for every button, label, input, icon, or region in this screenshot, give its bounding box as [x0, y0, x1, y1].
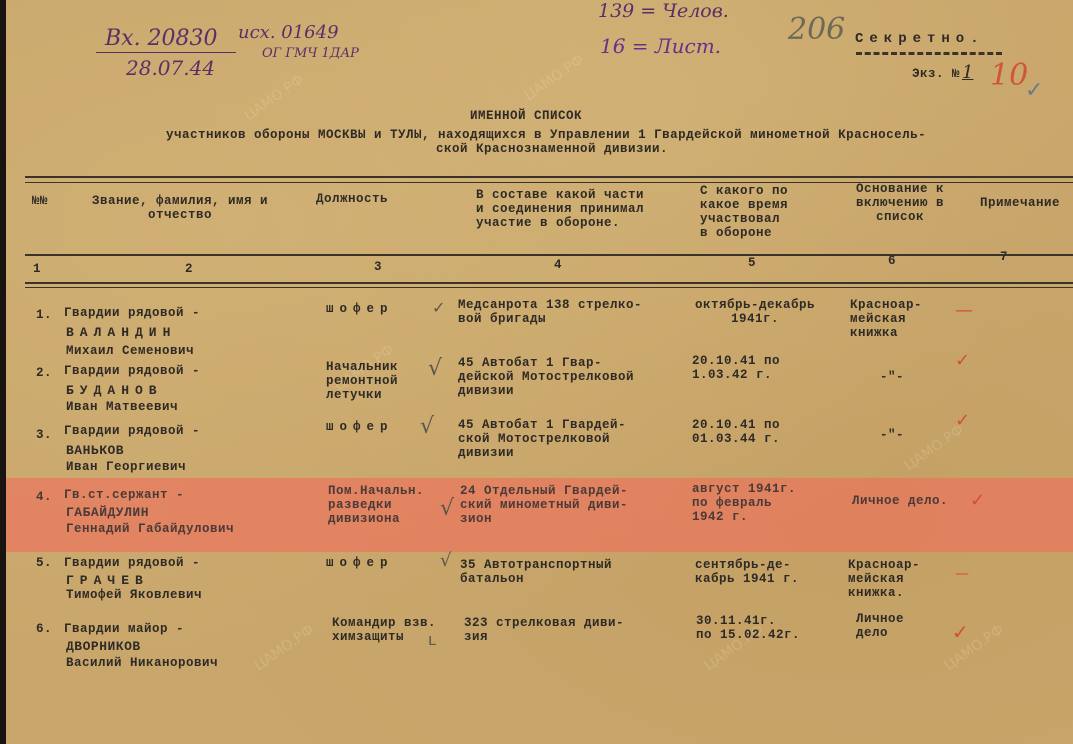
classification-underline	[856, 52, 1002, 55]
col-header-1: №№	[32, 194, 48, 208]
row-period: август 1941г. по февраль 1942 г.	[692, 482, 796, 524]
row-basis: Красноар- мейская книжка.	[848, 558, 920, 600]
row-surname: ГРАЧЕВ	[66, 574, 149, 588]
row-basis: Личное дело	[856, 612, 904, 640]
pencil-check-icon: √	[440, 550, 451, 571]
pencil-mark-icon: ʟ	[428, 630, 436, 649]
col-header-6: Основание к включению в список	[840, 182, 960, 224]
pencil-number: 206	[788, 12, 845, 47]
incoming-date: 28.07.44	[126, 56, 215, 80]
col-num-1: 1	[33, 262, 41, 276]
red-check-icon: ✓	[955, 410, 970, 431]
red-dash-icon: —	[955, 300, 973, 321]
copy-number: 1	[962, 62, 973, 83]
numbers-rule	[25, 282, 1073, 284]
red-dash-icon: —	[955, 566, 969, 582]
row-rank: Гв.ст.сержант -	[64, 488, 184, 502]
table-top-rule	[25, 176, 1073, 178]
outgoing-number: исх. 01649	[238, 22, 339, 43]
row-given-name: Василий Никанорович	[66, 656, 218, 670]
row-basis: Личное дело.	[852, 494, 948, 508]
row-unit: 45 Автобат 1 Гвардей- ской Мотострелково…	[458, 418, 626, 460]
row-surname: ДВОРНИКОВ	[66, 640, 141, 654]
col-header-4: В составе какой части и соединения прини…	[476, 188, 644, 230]
row-rank: Гвардии рядовой -	[64, 364, 200, 378]
row-unit: Медсанрота 138 стрелко- вой бригады	[458, 298, 642, 326]
col-header-3: Должность	[316, 192, 388, 206]
document-subtitle-line2: ской Краснознаменной дивизии.	[436, 142, 668, 156]
row-number: 4.	[36, 490, 52, 504]
row-period: 30.11.41г. по 15.02.42г.	[696, 614, 800, 642]
fraction-line	[96, 52, 236, 53]
sheets-count: 16 = Лист.	[600, 34, 721, 58]
row-rank: Гвардии майор -	[64, 622, 184, 636]
col-num-7: 7	[1000, 250, 1008, 264]
col-num-2: 2	[185, 262, 193, 276]
col-header-5: С какого по какое время участвовал в обо…	[700, 184, 788, 240]
row-basis: -"-	[880, 370, 904, 384]
row-position: Пом.Начальн. разведки дивизиона	[328, 484, 424, 526]
row-position: Начальник ремонтной летучки	[326, 360, 398, 402]
row-given-name: Геннадий Габайдулович	[66, 522, 234, 536]
people-count: 139 = Челов.	[598, 0, 729, 22]
copy-label: Экз. №	[912, 67, 960, 81]
row-period: 20.10.41 по 1.03.42 г.	[692, 354, 780, 382]
col-num-4: 4	[554, 258, 562, 272]
watermark: ЦАМО.РФ	[522, 52, 587, 104]
row-position: шофер	[326, 420, 394, 434]
row-basis: Красноар- мейская книжка	[850, 298, 922, 340]
row-number: 2.	[36, 366, 52, 380]
red-check-icon: ✓	[970, 490, 985, 511]
col-num-5: 5	[748, 256, 756, 270]
col-num-6: 6	[888, 254, 896, 268]
row-number: 5.	[36, 556, 52, 570]
row-given-name: Тимофей Яковлевич	[66, 588, 202, 602]
row-period: 20.10.41 по 01.03.44 г.	[692, 418, 780, 446]
document-subtitle-line1: участников обороны МОСКВЫ и ТУЛЫ, находя…	[166, 128, 926, 142]
row-given-name: Михаил Семенович	[66, 344, 194, 358]
row-unit: 24 Отдельный Гвардей- ский минометный ди…	[460, 484, 628, 526]
pencil-check-icon: ✓	[432, 298, 445, 317]
red-check-icon: ✓	[955, 350, 970, 371]
row-period: сентябрь-де- кабрь 1941 г.	[695, 558, 799, 586]
watermark: ЦАМО.РФ	[242, 72, 307, 124]
outgoing-note: ОГ ГМЧ 1ДАР	[262, 46, 359, 61]
row-period: октябрь-декабрь 1941г.	[690, 298, 820, 326]
row-position: шофер	[326, 302, 394, 316]
col-header-7: Примечание	[980, 196, 1060, 210]
col-num-3: 3	[374, 260, 382, 274]
check-icon: ✓	[1025, 78, 1043, 103]
classification: Секретно.	[855, 32, 985, 46]
incoming-number: Вх. 20830	[105, 26, 218, 51]
row-number: 1.	[36, 308, 52, 322]
row-position: шофер	[326, 556, 394, 570]
row-given-name: Иван Матвеевич	[66, 400, 178, 414]
row-unit: 323 стрелковая диви- зия	[464, 616, 624, 644]
pencil-check-icon: √	[440, 496, 454, 521]
header-rule	[25, 254, 1073, 256]
row-rank: Гвардии рядовой -	[64, 424, 200, 438]
watermark: ЦАМО.РФ	[252, 622, 317, 674]
row-unit: 35 Автотранспортный батальон	[460, 558, 612, 586]
row-number: 6.	[36, 622, 52, 636]
row-surname: ВАЛАНДИН	[66, 326, 176, 340]
row-basis: -"-	[880, 428, 904, 442]
row-rank: Гвардии рядовой -	[64, 556, 200, 570]
red-number: 10	[990, 58, 1028, 93]
row-surname: БУДАНОВ	[66, 384, 163, 398]
red-check-icon: ✓	[952, 620, 969, 644]
row-position: Командир взв. химзащиты	[332, 616, 436, 644]
row-surname: ГАБАЙДУЛИН	[66, 506, 149, 520]
document-title: ИМЕННОЙ СПИСОК	[470, 109, 582, 123]
scan-edge	[0, 0, 6, 744]
pencil-check-icon: √	[428, 356, 442, 381]
pencil-check-icon: √	[420, 414, 434, 439]
row-surname: ВАНЬКОВ	[66, 444, 124, 458]
row-given-name: Иван Георгиевич	[66, 460, 186, 474]
row-rank: Гвардии рядовой -	[64, 306, 200, 320]
col-header-2: Звание, фамилия, имя и отчество	[80, 194, 280, 222]
row-number: 3.	[36, 428, 52, 442]
numbers-rule	[25, 287, 1073, 288]
row-unit: 45 Автобат 1 Гвар- дейской Мотострелково…	[458, 356, 634, 398]
